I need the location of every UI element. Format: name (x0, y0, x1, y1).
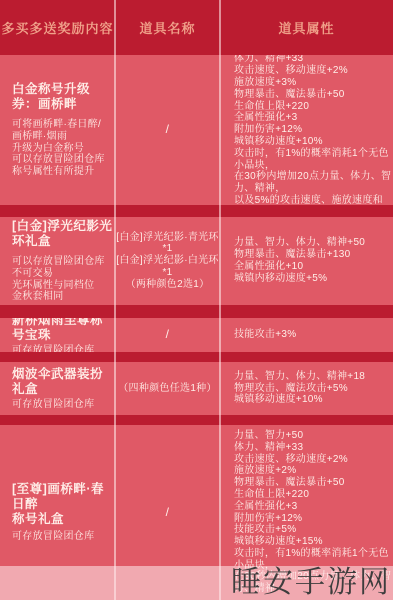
reward-description: 可存放冒险团仓库 (12, 399, 115, 411)
reward-title: 新桥烟雨至尊称号宝珠 (12, 318, 115, 343)
item-name-cell: [白金]浮光纪影·青光环*1[白金]浮光纪影·白光环*1（两种颜色2选1） (115, 217, 220, 305)
table-row: [白金]浮光纪影光环礼盒 可以存放冒险团仓库不可交易光环属性与同档位金秋套相同 … (0, 217, 393, 305)
reward-description: 可存放冒险团仓库 (12, 531, 115, 543)
reward-title: 烟波伞武器装扮礼盒 (12, 367, 115, 397)
item-attributes-cell: 力量、智力、体力、精神+50物理暴击、魔法暴击+130全属性强化+10城镇内移动… (220, 217, 393, 305)
item-name-cell: / (115, 55, 220, 205)
item-name-cell: （四种颜色任选1种） (115, 362, 220, 415)
item-attributes-cell: 力量、智力、体力、精神+18物理攻击、魔法攻击+5%城镇移动速度+10% (220, 362, 393, 415)
reward-title: [白金]浮光纪影光环礼盒 (12, 219, 115, 249)
reward-description: 可将画桥畔·春日醉/画桥畔·烟雨升级为白金称号可以存放冒险团仓库称号属性有所提升 (12, 119, 115, 178)
table-row: 白金称号升级券：画桥畔 可将画桥畔·春日醉/画桥畔·烟雨升级为白金称号可以存放冒… (0, 55, 393, 205)
watermark-band: 睡安手游网 (0, 566, 393, 600)
reward-title: 白金称号升级券：画桥畔 (12, 82, 115, 112)
reward-description: 可存放冒险团仓库 (12, 345, 115, 352)
table-row: 新桥烟雨至尊称号宝珠 可存放冒险团仓库 / 技能攻击+3% (0, 318, 393, 352)
header-cell-rewards: 多买多送奖励内容 (0, 18, 115, 37)
table-row: 烟波伞武器装扮礼盒 可存放冒险团仓库 （四种颜色任选1种） 力量、智力、体力、精… (0, 362, 393, 415)
column-divider (219, 0, 221, 600)
item-attributes-cell: 力量、智力+50体力、精神+33攻击速度、移动速度+2%施放速度+3%物理暴击、… (220, 55, 393, 205)
reward-cell: [白金]浮光纪影光环礼盒 可以存放冒险团仓库不可交易光环属性与同档位金秋套相同 (0, 217, 115, 305)
item-name-cell: / (115, 318, 220, 352)
watermark-text: 睡安手游网 (231, 566, 393, 600)
reward-cell: 新桥烟雨至尊称号宝珠 可存放冒险团仓库 (0, 318, 115, 352)
reward-cell: 白金称号升级券：画桥畔 可将画桥畔·春日醉/画桥畔·烟雨升级为白金称号可以存放冒… (0, 55, 115, 205)
column-divider (114, 0, 116, 600)
header-cell-item-attrs: 道具属性 (220, 18, 393, 37)
rewards-table-page: 多买多送奖励内容 道具名称 道具属性 白金称号升级券：画桥畔 可将画桥畔·春日醉… (0, 0, 393, 600)
table-header-row: 多买多送奖励内容 道具名称 道具属性 (0, 0, 393, 55)
reward-title: [至尊]画桥畔·春日醉称号礼盒 (12, 482, 115, 527)
header-cell-item-name: 道具名称 (115, 18, 220, 37)
item-attributes-cell: 技能攻击+3% (220, 318, 393, 352)
reward-description: 可以存放冒险团仓库不可交易光环属性与同档位金秋套相同 (12, 256, 115, 303)
reward-cell: 烟波伞武器装扮礼盒 可存放冒险团仓库 (0, 362, 115, 415)
